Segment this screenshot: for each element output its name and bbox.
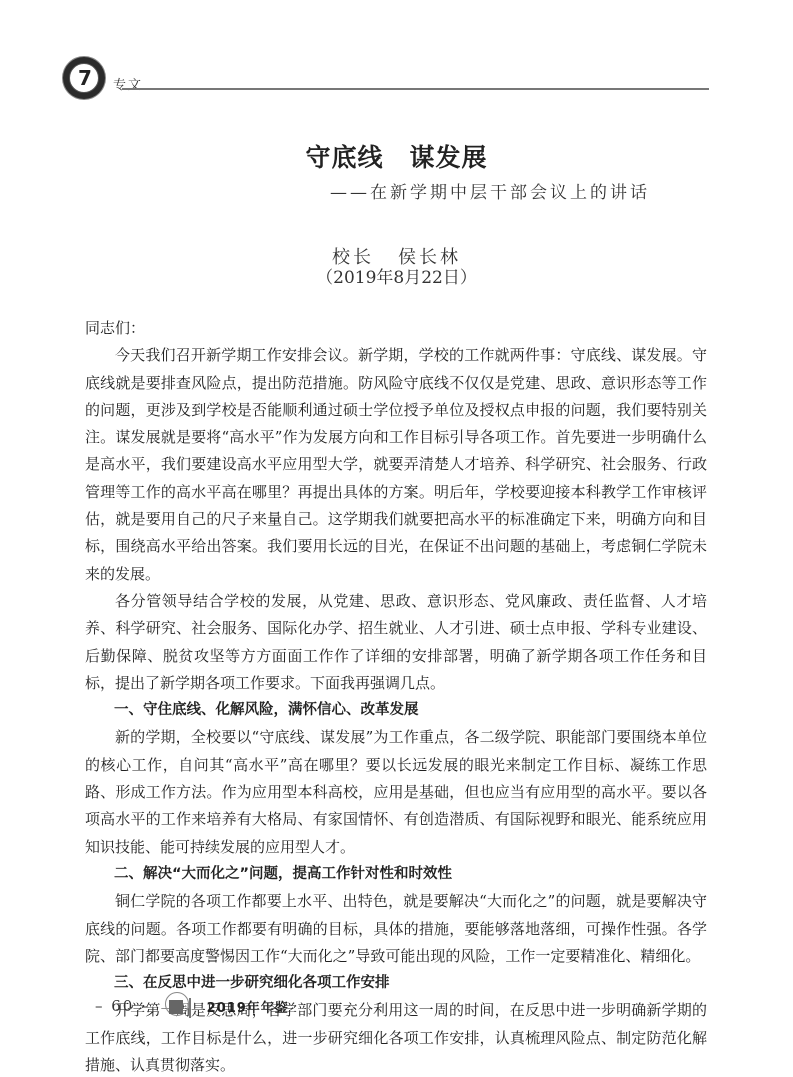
article-subtitle: ——在新学期中层干部会议上的讲话	[330, 178, 650, 203]
title-part-2: 谋发展	[410, 143, 488, 172]
university-seal-icon: 7	[63, 57, 105, 99]
paragraph: 各分管领导结合学校的发展，从党建、思政、意识形态、党风廉政、责任监督、人才培养、…	[85, 588, 707, 697]
section-heading-1: 一、守住底线、化解风险，满怀信心、改革发展	[85, 697, 707, 724]
title-part-1: 守底线	[305, 143, 383, 172]
section-paragraph-1: 新的学期，全校要以“守底线、谋发展”为工作重点，各二级学院、职能部门要围绕本单位…	[85, 724, 707, 860]
section-heading-2: 二、解决“大而化之”问题，提高工作针对性和时效性	[85, 861, 707, 888]
page-footer: – 60 – 2019年年鉴	[95, 991, 289, 1021]
yearbook-mascot-icon	[165, 992, 201, 1020]
header-divider	[122, 88, 709, 90]
document-page: 7 专文 守底线谋发展 ——在新学期中层干部会议上的讲话 校长侯长林 （2019…	[0, 0, 793, 1077]
section-label: 专文	[113, 74, 143, 93]
paragraph: 今天我们召开新学期工作安排会议。新学期，学校的工作就两件事：守底线、谋发展。守底…	[85, 342, 707, 588]
article-body: 同志们： 今天我们召开新学期工作安排会议。新学期，学校的工作就两件事：守底线、谋…	[85, 315, 707, 1077]
section-paragraph-2: 铜仁学院的各项工作都要上水平、出特色，就是要解决“大而化之”的问题，就是要解决守…	[85, 888, 707, 970]
page-number: – 60 –	[95, 997, 151, 1015]
seal-glyph: 7	[70, 66, 100, 90]
speech-date: （2019年8月22日）	[0, 263, 793, 288]
article-title: 守底线谋发展	[0, 138, 793, 174]
publication-name: 2019年年鉴	[207, 997, 289, 1016]
greeting: 同志们：	[85, 315, 707, 342]
